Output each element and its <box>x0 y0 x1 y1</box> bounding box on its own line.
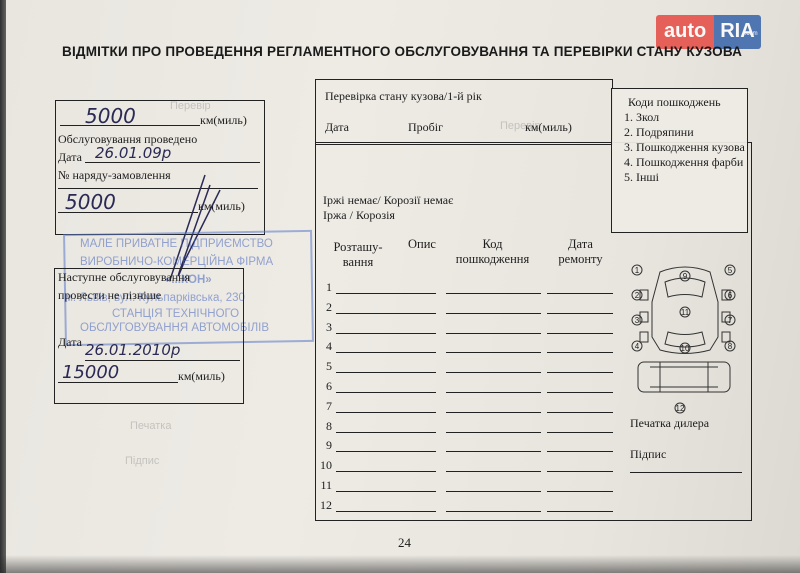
row-number: 5 <box>318 359 332 374</box>
row-entry-line <box>336 372 436 373</box>
svg-text:11: 11 <box>681 308 690 317</box>
show-through-text: Підпис <box>125 455 159 467</box>
row-number: 11 <box>318 478 332 493</box>
row-entry-line <box>446 451 541 452</box>
page-title: ВІДМІТКИ ПРО ПРОВЕДЕННЯ РЕГЛАМЕНТНОГО ОБ… <box>62 44 762 59</box>
row-entry-line <box>446 432 541 433</box>
row-entry-line <box>336 313 436 314</box>
stamp-line: ВИРОБНИЧО-КОМЕРЦІЙНА ФІРМА <box>80 256 273 268</box>
row-entry-line <box>446 372 541 373</box>
next-mileage-unit: км(миль) <box>178 369 225 384</box>
row-entry-line <box>446 412 541 413</box>
date-line <box>85 162 260 163</box>
row-number: 4 <box>318 339 332 354</box>
row-entry-line <box>336 333 436 334</box>
row-number: 8 <box>318 419 332 434</box>
svg-text:7: 7 <box>728 316 733 325</box>
column-repair-date: Датаремонту <box>548 237 613 267</box>
row-entry-line <box>336 412 436 413</box>
svg-text:4: 4 <box>635 342 640 351</box>
row-entry-line <box>547 491 613 492</box>
row-number: 12 <box>318 498 332 513</box>
mileage2-handwritten: 5000 <box>65 190 116 214</box>
page-shadow <box>0 555 800 573</box>
row-number: 2 <box>318 300 332 315</box>
damage-code-item: 3. Пошкодження кузова <box>612 140 747 155</box>
column-damage-code: Кодпошкодження <box>445 237 540 267</box>
stamp-line: МАЛЕ ПРИВАТНЕ ПІДПРИЄМСТВО <box>80 238 273 250</box>
svg-text:10: 10 <box>681 344 690 353</box>
next-date-line <box>85 360 240 361</box>
row-number: 3 <box>318 320 332 335</box>
row-entry-line <box>547 313 613 314</box>
row-number: 9 <box>318 438 332 453</box>
damage-code-item: 2. Подряпини <box>612 125 747 140</box>
row-entry-line <box>547 511 613 512</box>
svg-text:2: 2 <box>635 291 640 300</box>
body-check-mileage-label: Пробіг <box>408 120 443 135</box>
next-date-label: Дата <box>58 335 82 350</box>
row-number: 6 <box>318 379 332 394</box>
row-entry-line <box>336 471 436 472</box>
next-date-handwritten: 26.01.2010р <box>85 341 180 359</box>
signature-label: Підпис <box>630 447 666 462</box>
next-mileage-line <box>58 382 178 383</box>
row-entry-line <box>336 293 436 294</box>
row-entry-line <box>446 471 541 472</box>
next-service-label2: провести не пізніше <box>58 288 161 303</box>
mileage-unit: км(миль) <box>200 113 247 128</box>
damage-codes-box: Коди пошкоджень 1. Зкол 2. Подряпини 3. … <box>611 88 748 233</box>
row-entry-line <box>446 352 541 353</box>
row-entry-line <box>446 333 541 334</box>
row-entry-line <box>446 392 541 393</box>
svg-text:3: 3 <box>635 316 640 325</box>
row-entry-line <box>336 392 436 393</box>
row-entry-line <box>547 293 613 294</box>
date-label: Дата <box>58 150 82 165</box>
svg-text:6: 6 <box>728 291 733 300</box>
svg-text:9: 9 <box>683 272 688 281</box>
row-entry-line <box>547 471 613 472</box>
row-entry-line <box>336 432 436 433</box>
page-number: 24 <box>398 535 411 551</box>
no-rust-label: Іржі немає/ Корозії немає <box>323 193 453 208</box>
damage-code-item: 1. Зкол <box>612 110 747 125</box>
row-entry-line <box>446 293 541 294</box>
svg-text:5: 5 <box>728 266 733 275</box>
row-entry-line <box>547 412 613 413</box>
signature-line <box>630 472 742 473</box>
row-number: 7 <box>318 399 332 414</box>
body-check-header: Перевірка стану кузова/1-й рік <box>325 89 482 104</box>
next-service-label: Наступне обслуговування <box>58 270 190 285</box>
show-through-text: Печатка <box>130 420 171 432</box>
damage-codes-title: Коди пошкоджень <box>612 95 747 110</box>
row-entry-line <box>446 511 541 512</box>
row-entry-line <box>547 333 613 334</box>
row-entry-line <box>547 372 613 373</box>
column-description: Опис <box>402 237 442 252</box>
dealer-stamp-label: Печатка дилера <box>630 416 709 431</box>
row-entry-line <box>446 313 541 314</box>
row-entry-line <box>547 392 613 393</box>
body-check-mileage-unit: км(миль) <box>525 120 572 135</box>
body-check-date-label: Дата <box>325 120 349 135</box>
date-handwritten: 26.01.09р <box>95 144 171 162</box>
row-entry-line <box>336 491 436 492</box>
svg-text:8: 8 <box>728 342 733 351</box>
row-entry-line <box>336 451 436 452</box>
row-entry-line <box>336 352 436 353</box>
row-entry-line <box>547 352 613 353</box>
column-location: Розташу-вання <box>328 240 388 270</box>
row-entry-line <box>336 511 436 512</box>
damage-code-item: 4. Пошкодження фарби <box>612 155 747 170</box>
row-entry-line <box>547 451 613 452</box>
next-mileage-handwritten: 15000 <box>62 362 119 383</box>
car-damage-diagram-icon: 1 9 5 2 6 11 3 7 4 10 8 12 <box>630 262 740 417</box>
svg-text:1: 1 <box>635 266 640 275</box>
rust-label: Іржа / Корозія <box>323 208 395 223</box>
row-number: 1 <box>318 280 332 295</box>
damage-code-item: 5. Інші <box>612 170 747 185</box>
row-number: 10 <box>318 458 332 473</box>
row-entry-line <box>446 491 541 492</box>
row-entry-line <box>547 432 613 433</box>
mileage-line <box>60 125 200 126</box>
svg-text:12: 12 <box>676 404 685 413</box>
